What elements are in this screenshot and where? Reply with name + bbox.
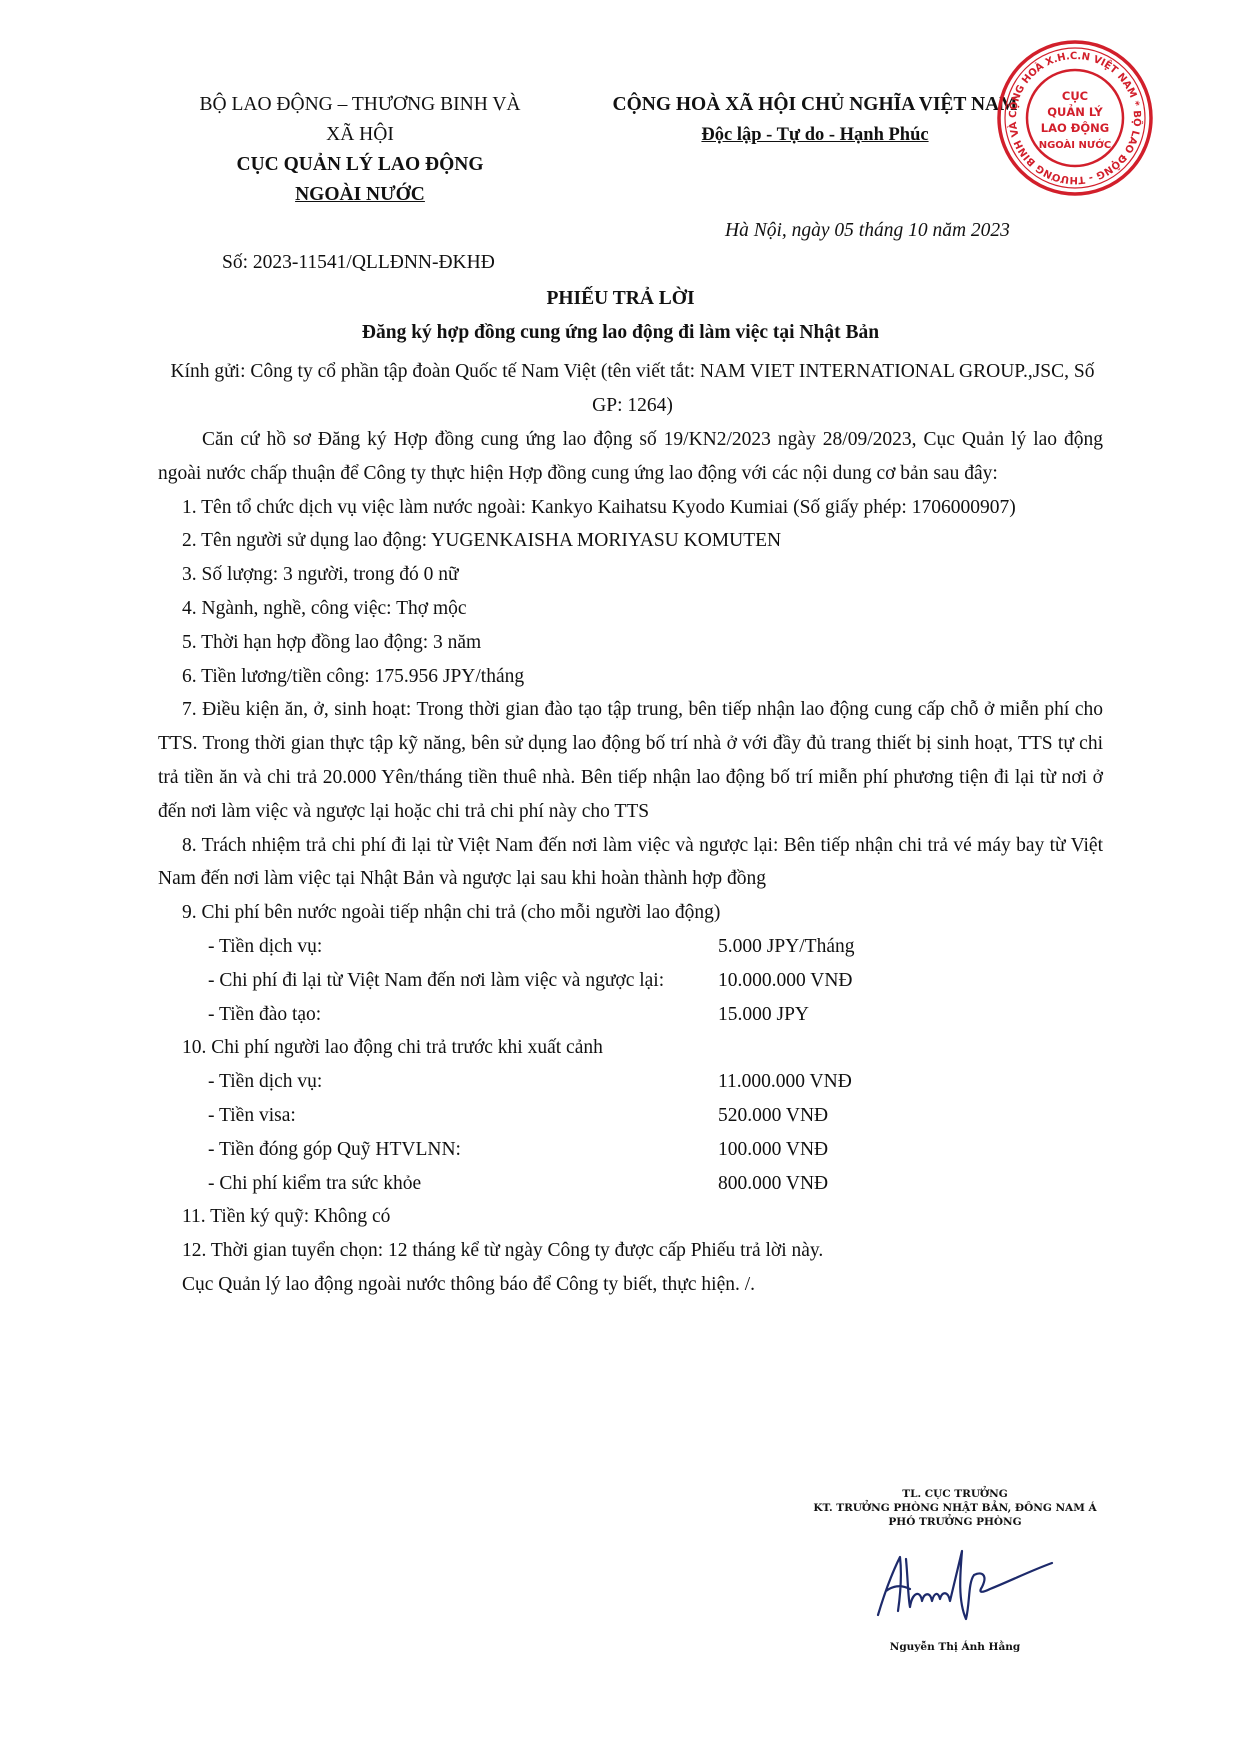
signatory-title-2: KT. TRƯỞNG PHÒNG NHẬT BẢN, ĐÔNG NAM Á	[770, 1501, 1140, 1515]
country-name: CỘNG HOÀ XÃ HỘI CHỦ NGHĨA VIỆT NAM	[600, 90, 1030, 120]
seal-line-4: NGOÀI NƯỚC	[1039, 138, 1112, 151]
cost-value: 11.000.000 VNĐ	[718, 1065, 1103, 1099]
document-number: Số: 2023-11541/QLLĐNN-ĐKHĐ	[222, 252, 495, 274]
cost-row: - Chi phí kiểm tra sức khỏe800.000 VNĐ	[158, 1167, 1103, 1201]
cost-row: - Tiền visa:520.000 VNĐ	[158, 1099, 1103, 1133]
cost-label: - Tiền đóng góp Quỹ HTVLNN:	[158, 1133, 718, 1167]
item-4: 4. Ngành, nghề, công việc: Thợ mộc	[158, 592, 1103, 626]
signatory-title-1: TL. CỤC TRƯỞNG	[770, 1487, 1140, 1501]
closing-statement: Cục Quản lý lao động ngoài nước thông bá…	[158, 1268, 1103, 1302]
cost-label: - Tiền dịch vụ:	[158, 930, 718, 964]
cost-label: - Chi phí kiểm tra sức khỏe	[158, 1167, 718, 1201]
seal-line-2: QUẢN LÝ	[1047, 103, 1103, 119]
signer-name: Nguyễn Thị Ánh Hằng	[770, 1641, 1140, 1653]
cost-value: 100.000 VNĐ	[718, 1133, 1103, 1167]
department-name-line2: NGOÀI NƯỚC	[295, 184, 425, 205]
document-body: Căn cứ hồ sơ Đăng ký Hợp đồng cung ứng l…	[158, 423, 1103, 1302]
cost-label: - Tiền dịch vụ:	[158, 1065, 718, 1099]
cost-row: - Tiền dịch vụ:5.000 JPY/Tháng	[158, 930, 1103, 964]
cost-value: 520.000 VNĐ	[718, 1099, 1103, 1133]
cost-row: - Tiền dịch vụ:11.000.000 VNĐ	[158, 1065, 1103, 1099]
cost-value: 10.000.000 VNĐ	[718, 964, 1103, 998]
cost-label: - Tiền visa:	[158, 1099, 718, 1133]
item-6: 6. Tiền lương/tiền công: 175.956 JPY/thá…	[158, 660, 1103, 694]
seal-line-3: LAO ĐỘNG	[1041, 120, 1109, 135]
intro-paragraph: Căn cứ hồ sơ Đăng ký Hợp đồng cung ứng l…	[158, 423, 1103, 491]
item-5: 5. Thời hạn hợp đồng lao động: 3 năm	[158, 626, 1103, 660]
cost-value: 15.000 JPY	[718, 998, 1103, 1032]
ministry-name-line1: BỘ LAO ĐỘNG – THƯƠNG BINH VÀ	[160, 90, 560, 120]
item-3: 3. Số lượng: 3 người, trong đó 0 nữ	[158, 558, 1103, 592]
item-10: 10. Chi phí người lao động chi trả trước…	[158, 1031, 1103, 1065]
official-seal-icon: CỘNG HOÀ X.H.C.N VIỆT NAM * BỘ LAO ĐỘNG …	[995, 38, 1155, 198]
national-motto: Độc lập - Tự do - Hạnh Phúc	[701, 125, 928, 145]
department-name-line1: CỤC QUẢN LÝ LAO ĐỘNG	[160, 150, 560, 180]
handwritten-signature-icon	[870, 1545, 1060, 1625]
cost-value: 5.000 JPY/Tháng	[718, 930, 1103, 964]
item-8: 8. Trách nhiệm trả chi phí đi lại từ Việ…	[158, 829, 1103, 897]
national-header: CỘNG HOÀ XÃ HỘI CHỦ NGHĨA VIỆT NAM Độc l…	[600, 90, 1030, 150]
item-9: 9. Chi phí bên nước ngoài tiếp nhận chi …	[158, 896, 1103, 930]
cost-row: - Tiền đóng góp Quỹ HTVLNN:100.000 VNĐ	[158, 1133, 1103, 1167]
item-12: 12. Thời gian tuyển chọn: 12 tháng kể từ…	[158, 1234, 1103, 1268]
signatory-title-3: PHÓ TRƯỞNG PHÒNG	[770, 1515, 1140, 1529]
place-and-date: Hà Nội, ngày 05 tháng 10 năm 2023	[725, 220, 1010, 242]
ministry-name-line2: XÃ HỘI	[160, 120, 560, 150]
recipient: Kính gửi: Công ty cổ phần tập đoàn Quốc …	[160, 355, 1105, 423]
document-page: BỘ LAO ĐỘNG – THƯƠNG BINH VÀ XÃ HỘI CỤC …	[0, 0, 1241, 1755]
issuing-authority: BỘ LAO ĐỘNG – THƯƠNG BINH VÀ XÃ HỘI CỤC …	[160, 90, 560, 210]
item-2: 2. Tên người sử dụng lao động: YUGENKAIS…	[158, 524, 1103, 558]
item-7: 7. Điều kiện ăn, ở, sinh hoạt: Trong thờ…	[158, 693, 1103, 828]
signature-block: TL. CỤC TRƯỞNG KT. TRƯỞNG PHÒNG NHẬT BẢN…	[770, 1487, 1140, 1529]
cost-label: - Tiền đào tạo:	[158, 998, 718, 1032]
cost-row: - Chi phí đi lại từ Việt Nam đến nơi làm…	[158, 964, 1103, 998]
seal-line-1: CỤC	[1062, 89, 1088, 103]
document-subtitle: Đăng ký hợp đồng cung ứng lao động đi là…	[0, 322, 1241, 344]
document-title: PHIẾU TRẢ LỜI	[0, 288, 1241, 310]
cost-row: - Tiền đào tạo:15.000 JPY	[158, 998, 1103, 1032]
cost-value: 800.000 VNĐ	[718, 1167, 1103, 1201]
item-1: 1. Tên tổ chức dịch vụ việc làm nước ngo…	[158, 491, 1103, 525]
item-11: 11. Tiền ký quỹ: Không có	[158, 1200, 1103, 1234]
cost-label: - Chi phí đi lại từ Việt Nam đến nơi làm…	[158, 964, 718, 998]
